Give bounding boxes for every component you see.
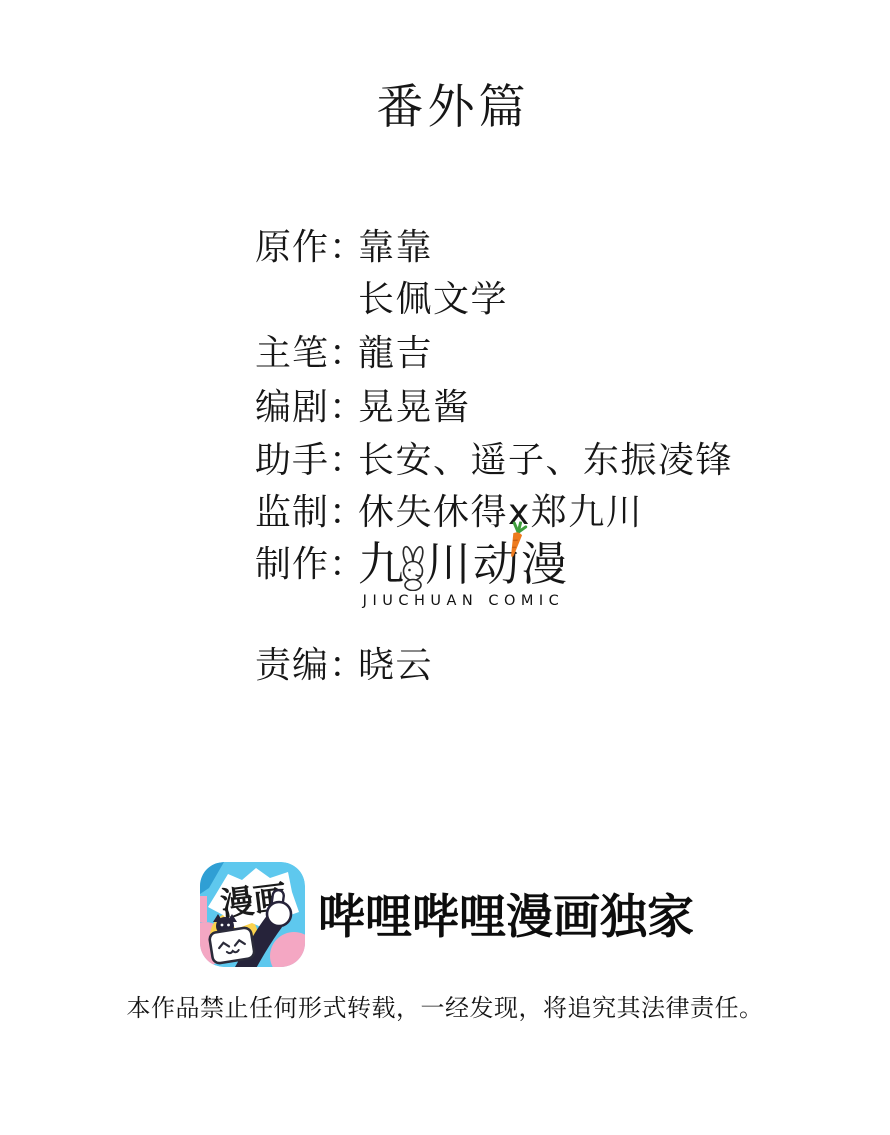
credit-label: 主笔： <box>255 325 358 376</box>
app-icon-pink-sliver <box>200 896 207 922</box>
credit-row-screenwriter: 编剧： 晃晃酱 <box>255 378 733 431</box>
credit-value: 晓云 <box>358 637 433 688</box>
credit-row-production-studio: 制作： 九 川动 <box>255 536 733 636</box>
credit-label: 制作： <box>255 536 358 594</box>
credit-value: 靠靠 <box>358 219 433 270</box>
credit-value: 龍吉 <box>358 325 433 376</box>
credit-row-supervisors: 监制： 休失休得x郑九川 <box>255 483 733 536</box>
tv-mascot-icon <box>209 927 255 964</box>
credit-value: 长佩文学 <box>358 271 508 322</box>
credit-row-original-work: 原作： 靠靠 <box>255 218 733 270</box>
copyright-disclaimer: 本作品禁止任何形式转载，一经发现，将追究其法律责任。 <box>0 988 890 1023</box>
studio-logo-wordmark: 九 川动 <box>358 536 569 592</box>
credit-row-lead-artist: 主笔： 龍吉 <box>255 323 733 378</box>
studio-logo-latin: JIUCHUAN COMIC <box>358 593 569 609</box>
credit-label: 责编： <box>255 637 358 688</box>
credit-value: 长安、遥子、东振凌锋 <box>358 432 733 483</box>
credit-row-assistants: 助手： 长安、遥子、东振凌锋 <box>255 431 733 483</box>
jiuchuan-studio-logo: 九 川动 <box>358 536 569 609</box>
credit-value: 休失休得x郑九川 <box>358 484 643 535</box>
bilibili-comics-brand-row: 漫画 <box>200 862 694 967</box>
credits-page: 番外篇 原作： 靠靠 长佩文学 主笔： 龍吉 编剧： 晃晃酱 助手： 长安、遥子… <box>0 0 890 1135</box>
credit-value: 晃晃酱 <box>358 379 471 430</box>
rabbit-icon <box>398 545 428 591</box>
credit-label: 监制： <box>255 484 358 535</box>
credit-row-editor: 责编： 晓云 <box>255 636 733 688</box>
credit-label: 助手： <box>255 432 358 483</box>
credits-list: 原作： 靠靠 长佩文学 主笔： 龍吉 编剧： 晃晃酱 助手： 长安、遥子、东振凌… <box>255 218 733 688</box>
bilibili-comics-app-icon: 漫画 <box>200 862 305 967</box>
credit-label: 原作： <box>255 219 358 270</box>
studio-logo-text: 漫 <box>521 537 569 591</box>
credit-label: 编剧： <box>255 379 358 430</box>
studio-logo-text: 漫 <box>521 536 569 592</box>
page-title: 番外篇 <box>0 80 890 136</box>
bilibili-exclusive-text: 哔哩哔哩漫画独家 <box>318 880 694 947</box>
credit-row-original-publisher: 长佩文学 <box>255 270 733 323</box>
